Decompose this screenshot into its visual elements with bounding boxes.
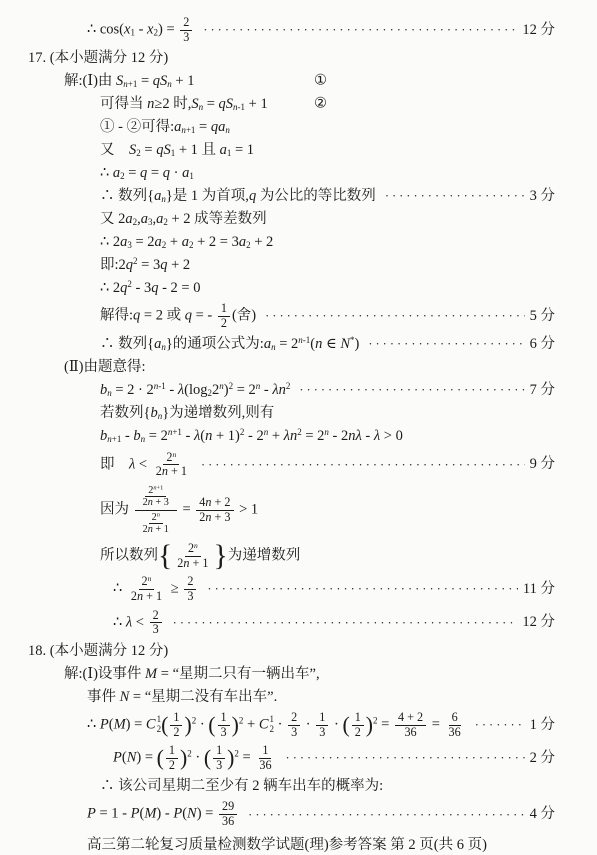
math-expression: ∴ λ < 23 — [113, 608, 164, 638]
math-expression: ∴ 该公司星期二至少有 2 辆车出车的概率为: — [100, 777, 383, 796]
math-expression: P = 1 - P(M) - P(N) = 2936 — [87, 799, 239, 829]
score-label: 7 分 — [530, 381, 555, 400]
solution-line: bn = 2 · 2n-1 - λ(log22n)2 = 2n - λn2 ··… — [0, 381, 597, 401]
math-expression: ∴ 2q2 - 3q - 2 = 0 — [100, 279, 200, 298]
solution-line: 所以数列{2n2n + 1}为递增数列 — [0, 541, 597, 571]
dotted-leader: ········································… — [207, 581, 518, 597]
math-expression: 17. (本小题满分 12 分) — [28, 49, 168, 68]
solution-line: ∴ 该公司星期二至少有 2 辆车出车的概率为: — [0, 776, 597, 796]
score-label: 2 分 — [530, 749, 555, 768]
solution-line: ∴ cos(x1 - x2) = 23 ····················… — [0, 15, 597, 45]
solution-line: ∴ 2q2 - 3q - 2 = 0 — [0, 278, 597, 298]
solution-line: (Ⅱ)由题意得: — [0, 358, 597, 378]
solution-line: 17. (本小题满分 12 分) — [0, 48, 597, 68]
solution-line: P = 1 - P(M) - P(N) = 2936 ·············… — [0, 799, 597, 829]
math-expression: 即:2q2 = 3q + 2 — [100, 256, 190, 275]
score-label: 1 分 — [530, 716, 555, 735]
math-expression: 所以数列{2n2n + 1}为递增数列 — [100, 541, 300, 571]
math-expression: 即 λ < 2n2n + 1 — [100, 450, 192, 480]
score-label: 12 分 — [522, 613, 555, 632]
solution-line: 解:(Ⅰ)由 Sn+1 = qSn + 1 ① — [0, 71, 597, 91]
solution-line: ∴ a2 = q = q · a1 — [0, 163, 597, 183]
score-label: 9 分 — [530, 455, 555, 474]
math-expression: ∴ cos(x1 - x2) = 23 — [87, 15, 194, 45]
solution-line: P(N) = (12)2 · (13)2 = 136 ·············… — [0, 743, 597, 773]
solution-line: 事件 N = “星期二没有车出车”. — [0, 687, 597, 707]
math-expression: (Ⅱ)由题意得: — [64, 358, 146, 377]
solution-line: 即 λ < 2n2n + 1 ·························… — [0, 450, 597, 480]
math-expression: 事件 N = “星期二没有车出车”. — [87, 688, 277, 707]
solution-line: ① - ②可得:an+1 = qan — [0, 117, 597, 137]
score-label: 11 分 — [523, 580, 555, 599]
solution-line: 因为 2n+12n + 32n2n + 1 = 4n + 22n + 3 > 1 — [0, 483, 597, 538]
math-expression: bn+1 - bn = 2n+1 - λ(n + 1)2 - 2n + λn2 … — [100, 427, 403, 446]
solution-line: 解:(Ⅰ)设事件 M = “星期二只有一辆出车”, — [0, 664, 597, 684]
equation-number: ① — [314, 72, 327, 91]
dotted-leader: ········································… — [299, 382, 524, 398]
math-expression: 可得当 n≥2 时,Sn = qSn-1 + 1 — [100, 95, 268, 114]
solution-line: 又 2a2,a3,a2 + 2 成等差数列 — [0, 209, 597, 229]
math-expression: ① - ②可得:an+1 = qan — [100, 118, 230, 137]
solution-line: 解得:q = 2 或 q = - 12(舍) ·················… — [0, 301, 597, 331]
solution-line: 又 S2 = qS1 + 1 且 a1 = 1 — [0, 140, 597, 160]
solution-line: 可得当 n≥2 时,Sn = qSn-1 + 1 ② — [0, 94, 597, 114]
dotted-leader: ········································… — [248, 807, 524, 823]
dotted-leader: ········································… — [475, 717, 525, 733]
footer-text: 高三第二轮复习质量检测数学试题(理)参考答案 第 2 页(共 6 页) — [87, 837, 487, 853]
solution-line: ∴ P(M) = C12(12)2 · (13)2 + C12 · 23 · 1… — [0, 710, 597, 740]
math-expression: 解:(Ⅰ)设事件 M = “星期二只有一辆出车”, — [64, 665, 320, 684]
solution-line: ∴ 数列{an}是 1 为首项,q 为公比的等比数列 ·············… — [0, 186, 597, 206]
score-label: 6 分 — [530, 335, 555, 354]
solution-line: 18. (本小题满分 12 分) — [0, 641, 597, 661]
score-label: 5 分 — [530, 307, 555, 326]
math-expression: 又 S2 = qS1 + 1 且 a1 = 1 — [100, 141, 254, 160]
math-expression: 解:(Ⅰ)由 Sn+1 = qSn + 1 — [64, 72, 194, 91]
math-expression: ∴ 2n2n + 1 ≥ 23 — [113, 574, 198, 604]
dotted-leader: ········································… — [286, 750, 525, 766]
solution-line: ∴ 2n2n + 1 ≥ 23 ························… — [0, 574, 597, 604]
dotted-leader: ········································… — [201, 457, 525, 473]
math-expression: 又 2a2,a3,a2 + 2 成等差数列 — [100, 210, 267, 229]
math-expression: 解得:q = 2 或 q = - 12(舍) — [100, 301, 256, 331]
dotted-leader: ········································… — [368, 336, 524, 352]
math-expression: ∴ a2 = q = q · a1 — [100, 164, 194, 183]
math-expression: ∴ 2a3 = 2a2 + a2 + 2 = 3a2 + 2 — [100, 233, 273, 252]
dotted-leader: ········································… — [385, 188, 525, 204]
score-label: 4 分 — [530, 805, 555, 824]
math-expression: ∴ 数列{an}的通项公式为:an = 2n-1(n ∈ N*) — [100, 335, 359, 354]
math-expression: bn = 2 · 2n-1 - λ(log22n)2 = 2n - λn2 — [100, 381, 290, 400]
math-expression: 因为 2n+12n + 32n2n + 1 = 4n + 22n + 3 > 1 — [100, 483, 258, 538]
dotted-leader: ········································… — [203, 22, 517, 38]
equation-number: ② — [314, 95, 327, 114]
math-expression: 18. (本小题满分 12 分) — [28, 642, 168, 661]
exam-answer-page: ∴ cos(x1 - x2) = 23 ····················… — [0, 0, 597, 855]
solution-line: ∴ 2a3 = 2a2 + a2 + 2 = 3a2 + 2 — [0, 232, 597, 252]
solution-line: 即:2q2 = 3q + 2 — [0, 255, 597, 275]
math-expression: P(N) = (12)2 · (13)2 = 136 — [113, 743, 277, 773]
math-expression: ∴ P(M) = C12(12)2 · (13)2 + C12 · 23 · 1… — [87, 710, 466, 740]
page-footer: 高三第二轮复习质量检测数学试题(理)参考答案 第 2 页(共 6 页) — [0, 836, 597, 855]
solution-line: ∴ 数列{an}的通项公式为:an = 2n-1(n ∈ N*) ·······… — [0, 335, 597, 355]
solution-line: 若数列{bn}为递增数列,则有 — [0, 404, 597, 424]
score-label: 3 分 — [530, 187, 555, 206]
dotted-leader: ········································… — [173, 615, 518, 631]
solution-line: ∴ λ < 23 ·······························… — [0, 608, 597, 638]
math-expression: ∴ 数列{an}是 1 为首项,q 为公比的等比数列 — [100, 187, 376, 206]
solution-line: bn+1 - bn = 2n+1 - λ(n + 1)2 - 2n + λn2 … — [0, 427, 597, 447]
dotted-leader: ········································… — [265, 308, 525, 324]
score-label: 12 分 — [522, 21, 555, 40]
math-expression: 若数列{bn}为递增数列,则有 — [100, 404, 274, 423]
solution-lines: ∴ cos(x1 - x2) = 23 ····················… — [0, 15, 597, 830]
